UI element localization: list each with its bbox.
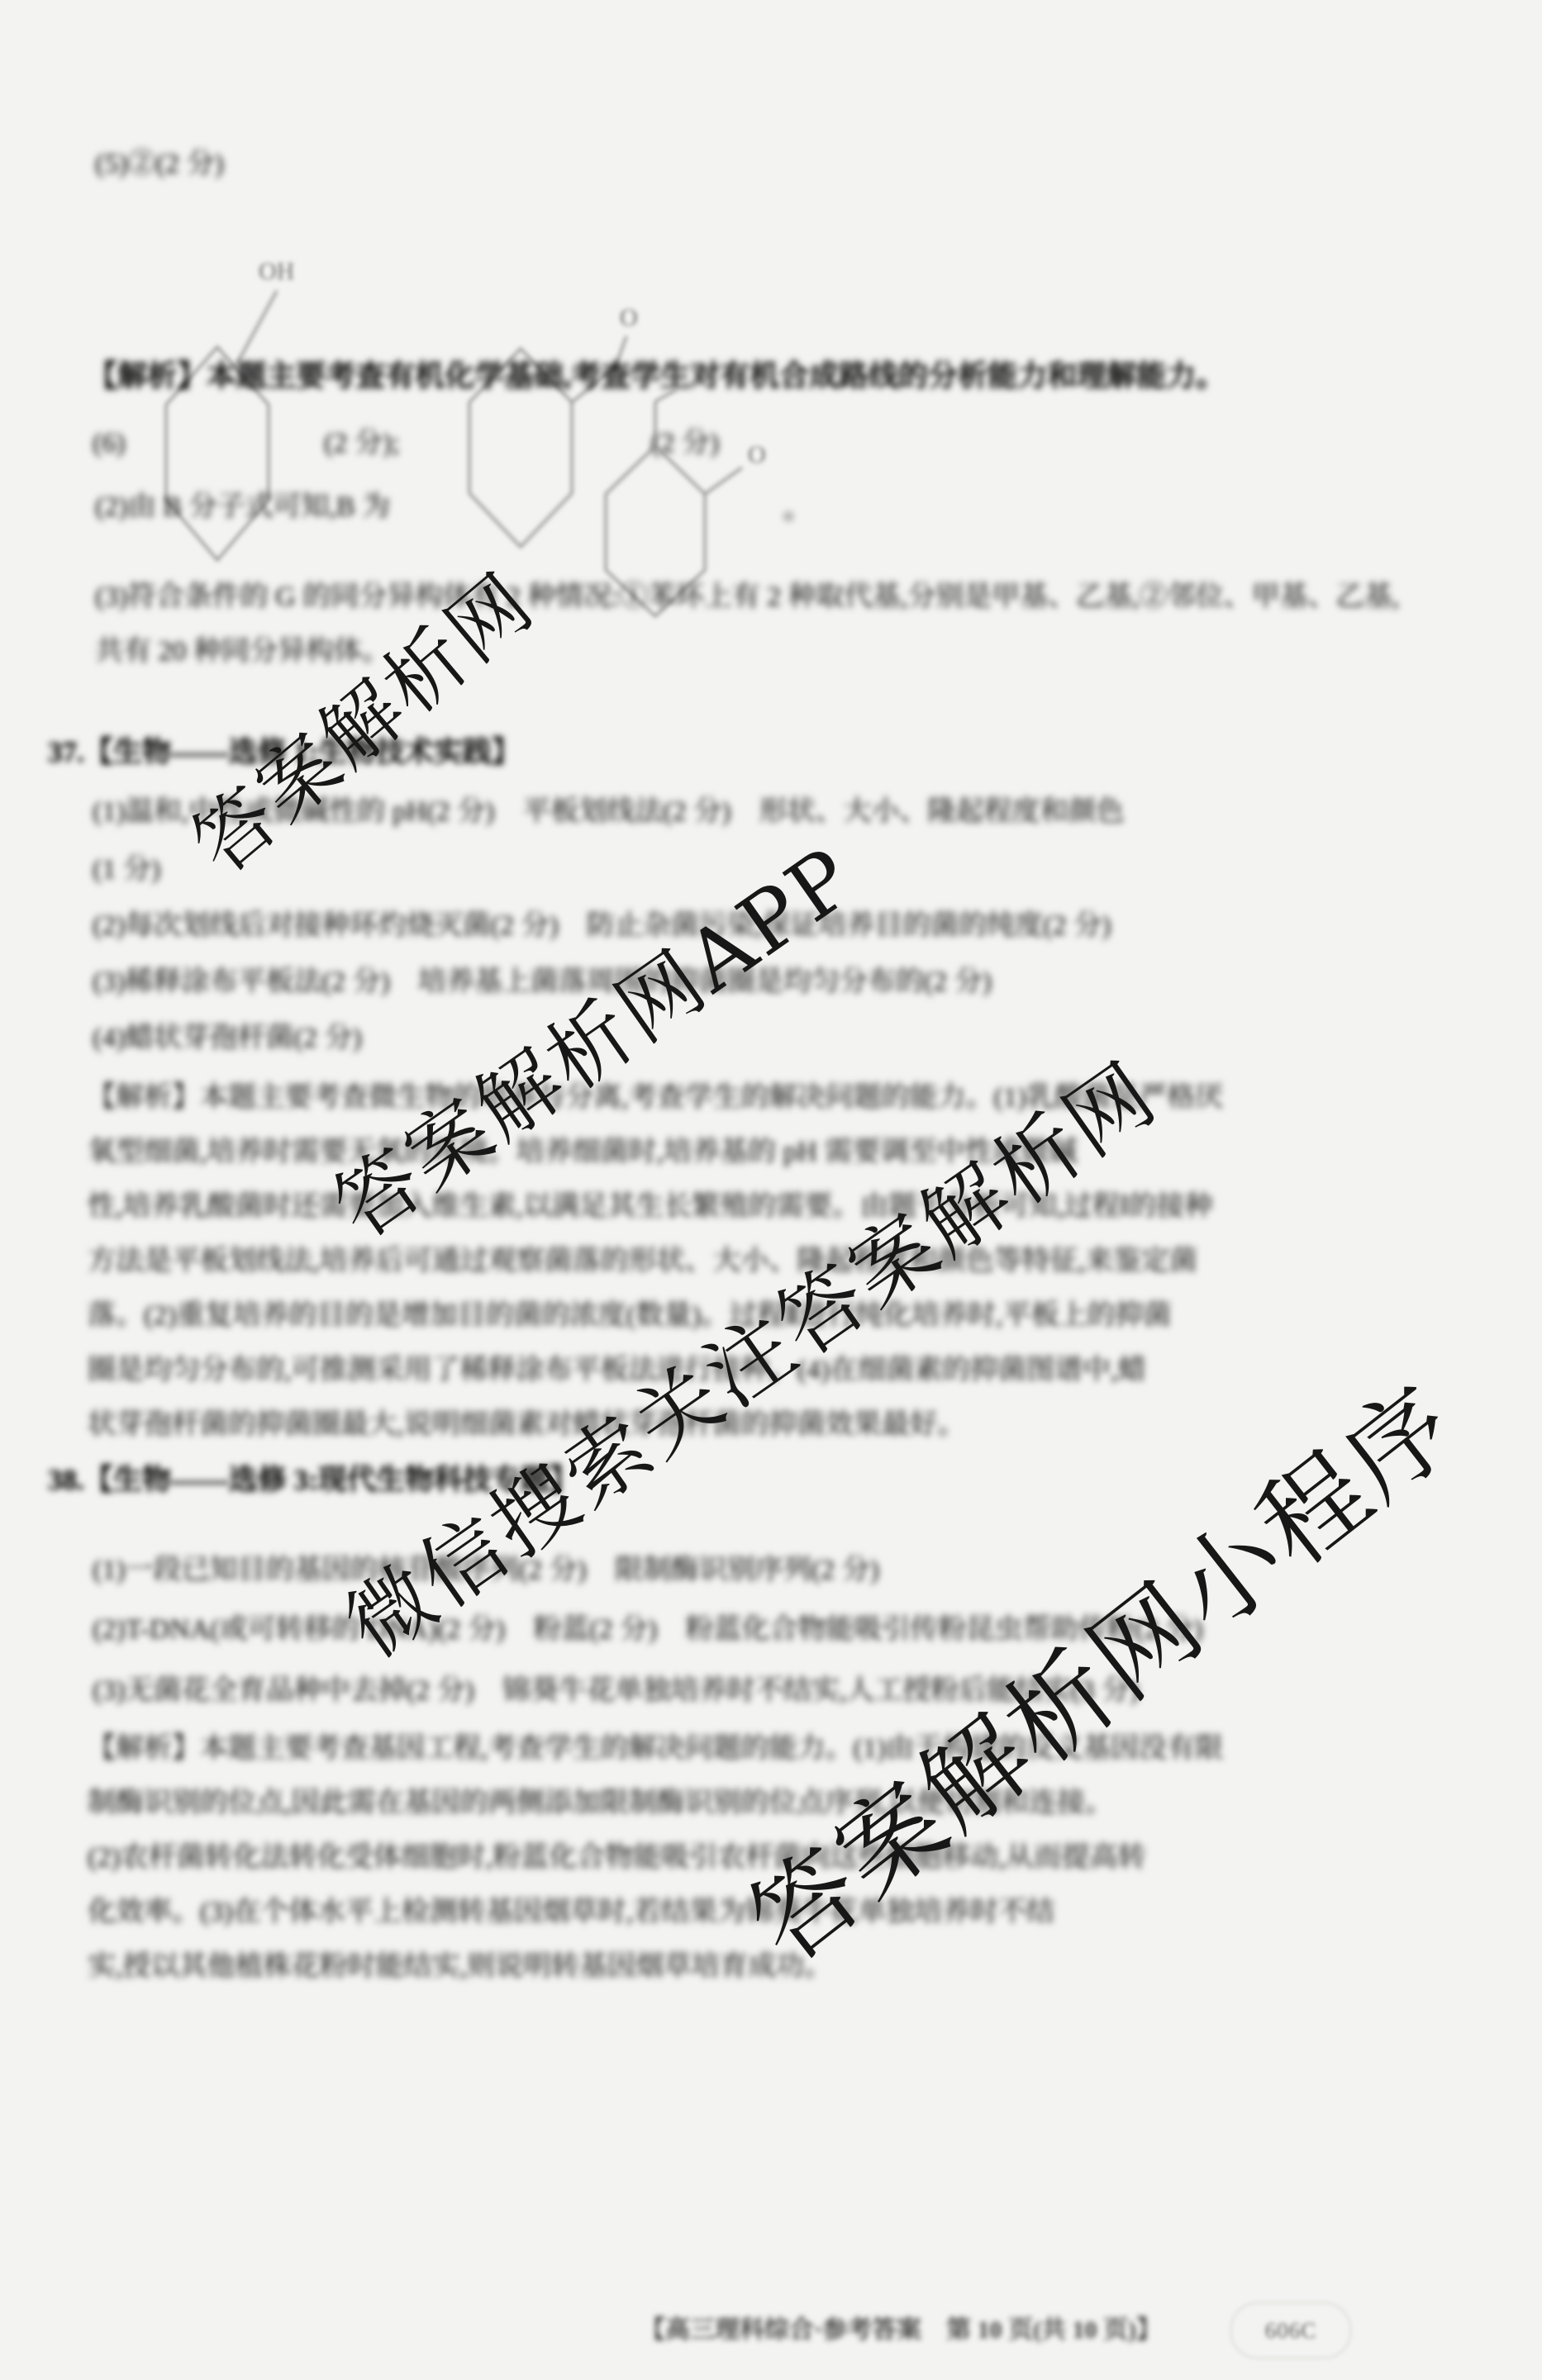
o-label-b: O bbox=[620, 304, 638, 331]
q38-analysis-line: 实,授以其他植株花粉时能结实,则说明转基因烟草培育成功。 bbox=[88, 1953, 832, 1981]
q37-answer-2: (2)每次划线后对接种环灼烧灭菌(2 分) 防止杂菌污染,保证培养目的菌的纯度(… bbox=[93, 912, 1111, 940]
paper-code: 606C bbox=[1265, 2318, 1317, 2344]
q37-answer-3: (3)稀释涂布平板法(2 分) 培养基上菌落周围的抑菌圈是均匀分布的(2 分) bbox=[93, 968, 992, 996]
chem-line3: (3)符合条件的 G 的同分异构体有 2 种情况:①苯环上有 2 种取代基,分别… bbox=[95, 583, 1399, 611]
chem-item5-line: (5)②(2 分) bbox=[95, 150, 224, 178]
page-footer-title: 【高三理科综合·参考答案 第 10 页(共 10 页)】 bbox=[640, 2309, 1161, 2345]
oh-label: OH bbox=[259, 258, 294, 285]
q37-analysis-line: 落。(2)重复培养的目的是增加目的菌的浓度(数量)。过程Ⅱ进行纯化培养时,平板上… bbox=[88, 1302, 1172, 1330]
chem-line2-prefix: (2)由 B 分子式可知,B 为 bbox=[95, 493, 390, 521]
chem-line2-suffix: 。 bbox=[783, 496, 811, 524]
scanned-answer-page: { "watermarks": { "wm1": "答案解析网", "wm2":… bbox=[0, 0, 1542, 2380]
chem-label6: (6) bbox=[93, 430, 126, 458]
o-label-c: O bbox=[748, 441, 766, 468]
q37-analysis-line: 方法是平板划线法,培养后可通过观察菌落的形状、大小、隆起程度和颜色等特征,来鉴定… bbox=[88, 1247, 1197, 1276]
paper-code-badge: 606C bbox=[1230, 2302, 1352, 2359]
chem-score-mid: (2 分); bbox=[324, 430, 400, 458]
q37-answer-1b: (1 分) bbox=[93, 856, 160, 884]
cyclohexanol-structure: OH bbox=[145, 240, 339, 578]
watermark-mini-program: 答案解析网小程序 bbox=[715, 1344, 1484, 1991]
q37-answer-4: (4)蜡状芽孢杆菌(2 分) bbox=[93, 1024, 362, 1052]
